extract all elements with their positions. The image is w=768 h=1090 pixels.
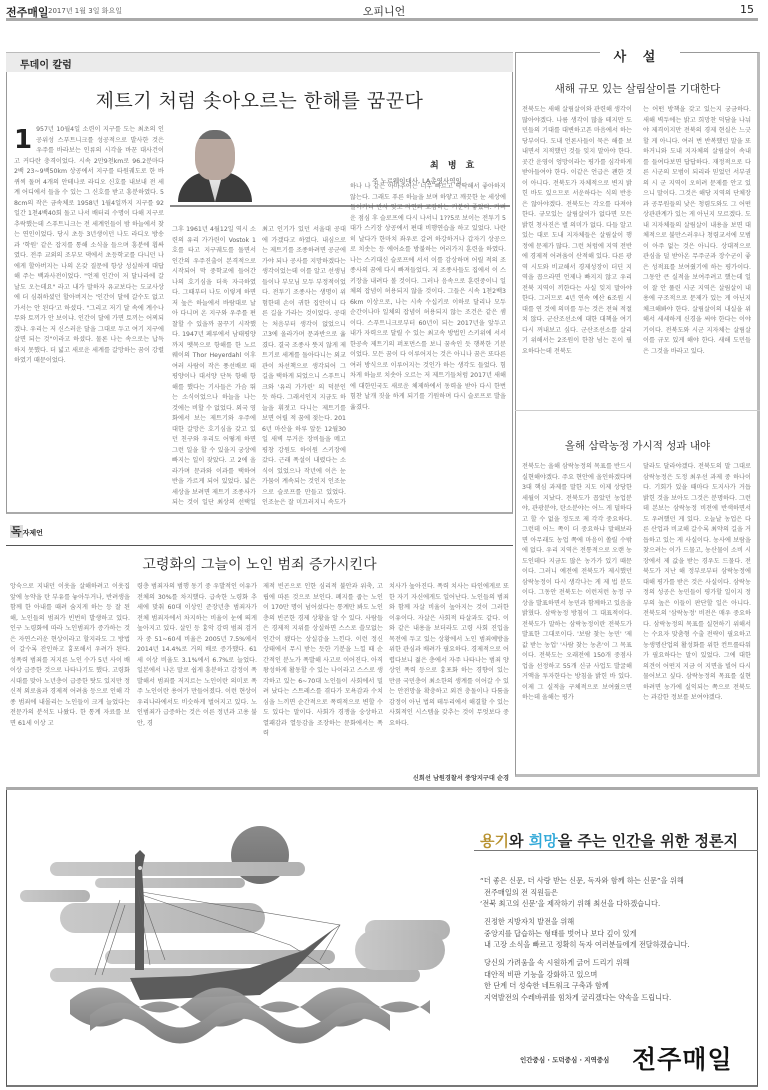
today-column-text-col2: 그후 1961년 4월12일 역시 소련의 유리 가가린이 Vostok 1호를… [172, 225, 256, 507]
reader-opinion-col4: 치사가 높아진다. 폭력 치사는 타인에게로 또한 자기 자신에게도 일어난다.… [389, 582, 509, 772]
masthead-rule [6, 18, 758, 21]
author-photo-face [195, 130, 235, 180]
editorial-2-col2: 달라도 달라야겠다. 전북도의 말 그대로 삼락농정은 도정 최우선 과제 중 … [643, 462, 751, 767]
reader-opinion-tag-big: 독 [10, 525, 23, 538]
ad-headline: 용기와 희망을 주는 인간을 위한 정론지 [480, 830, 738, 851]
reader-opinion-rule [6, 545, 513, 546]
editorial-title-2: 올해 삼락농정 가시적 성과 내야 [515, 438, 760, 453]
sailboat-illustration [10, 800, 460, 1060]
ad-headline-hope: 희망 [529, 832, 558, 850]
today-column-text-col3: 최고 인기가 있던 서울대 공대에 가겠다고 하였다. 내심으로는 제트기를 조… [262, 225, 346, 507]
reader-opinion-title: 고령화의 그늘이 노인 범죄 증가시킨다 [6, 554, 513, 574]
editorial-label: 사 설 [515, 46, 760, 65]
today-column-text-col4-body: 하나 나 같은 아마추어는 너무 빠르고 딱딱해서 좋아하지 않는다. 그래도 … [350, 182, 506, 504]
reader-opinion-col1: 앙숙으로 지내던 이웃을 살해하려고 이웃집 앞에 농약을 탄 부유를 놓아두거… [10, 582, 130, 782]
ad-slogan: 인간중심 · 도덕중심 · 지역중심 [520, 1055, 609, 1064]
page-number: 15 [740, 3, 754, 16]
reader-opinion-byline: 신희선 남원경찰서 중앙지구대 순경 [389, 773, 509, 782]
today-column-text-col1: 1 957년 10월4일 소련이 지구를 도는 최초의 인공위성 스푸트니크를 … [14, 125, 164, 505]
reader-opinion-tag-small: 자제언 [23, 529, 43, 537]
editorial-title-1: 새해 규모 있는 살림살이를 기대한다 [515, 81, 760, 96]
today-column-label: 투데이 칼럼 [20, 56, 72, 71]
editorial-1-col1: 전북도는 새해 살림살이와 관련해 생각이 많아야겠다. 나름 생각이 많을 테… [522, 105, 632, 400]
ad-paragraph-1: “더 좋은 신문, 더 사랑 받는 신문, 독자와 함께 하는 신문”을 위해 … [480, 875, 684, 910]
ad-paragraph-2: 진정한 지방자치 발전을 위해 중앙지를 답습하는 형태를 벗어나 보다 깊이 … [484, 916, 690, 951]
editorial-divider [515, 410, 760, 411]
dropcap: 1 [14, 127, 32, 153]
reader-opinion-col3: 제적 빈곤으로 인한 심리적 불안과 위축, 고립에 따른 것으로 보인다. 폐… [263, 582, 383, 782]
section-title: 오피니언 [0, 3, 768, 19]
editorial-1-col2: 는 어떤 방책을 갖고 있는지 궁금하다. 새해 벽두에는 밝고 희망찬 덕담을… [643, 105, 751, 400]
reader-opinion-tag: 독자제언 [10, 523, 43, 539]
reader-opinion-col2: 령층 범죄자의 범행 동기 중 우발적인 이유가 전체의 30%를 차지했다. … [137, 582, 257, 782]
editorial-2-col1: 전북도는 올해 삼락농정의 목표를 반드시 실현해야겠다. 주요 현안에 올인하… [522, 462, 632, 767]
ad-headline-courage: 용기 [480, 832, 509, 850]
ad-logo: 전주매일 [632, 1040, 733, 1076]
today-column-header [6, 52, 513, 72]
ad-rule [474, 850, 758, 851]
ad-paragraph-3: 당신의 가려움을 속 시원하게 긁어 드리기 위해 대안적 비판 기능을 강화하… [484, 957, 671, 1003]
